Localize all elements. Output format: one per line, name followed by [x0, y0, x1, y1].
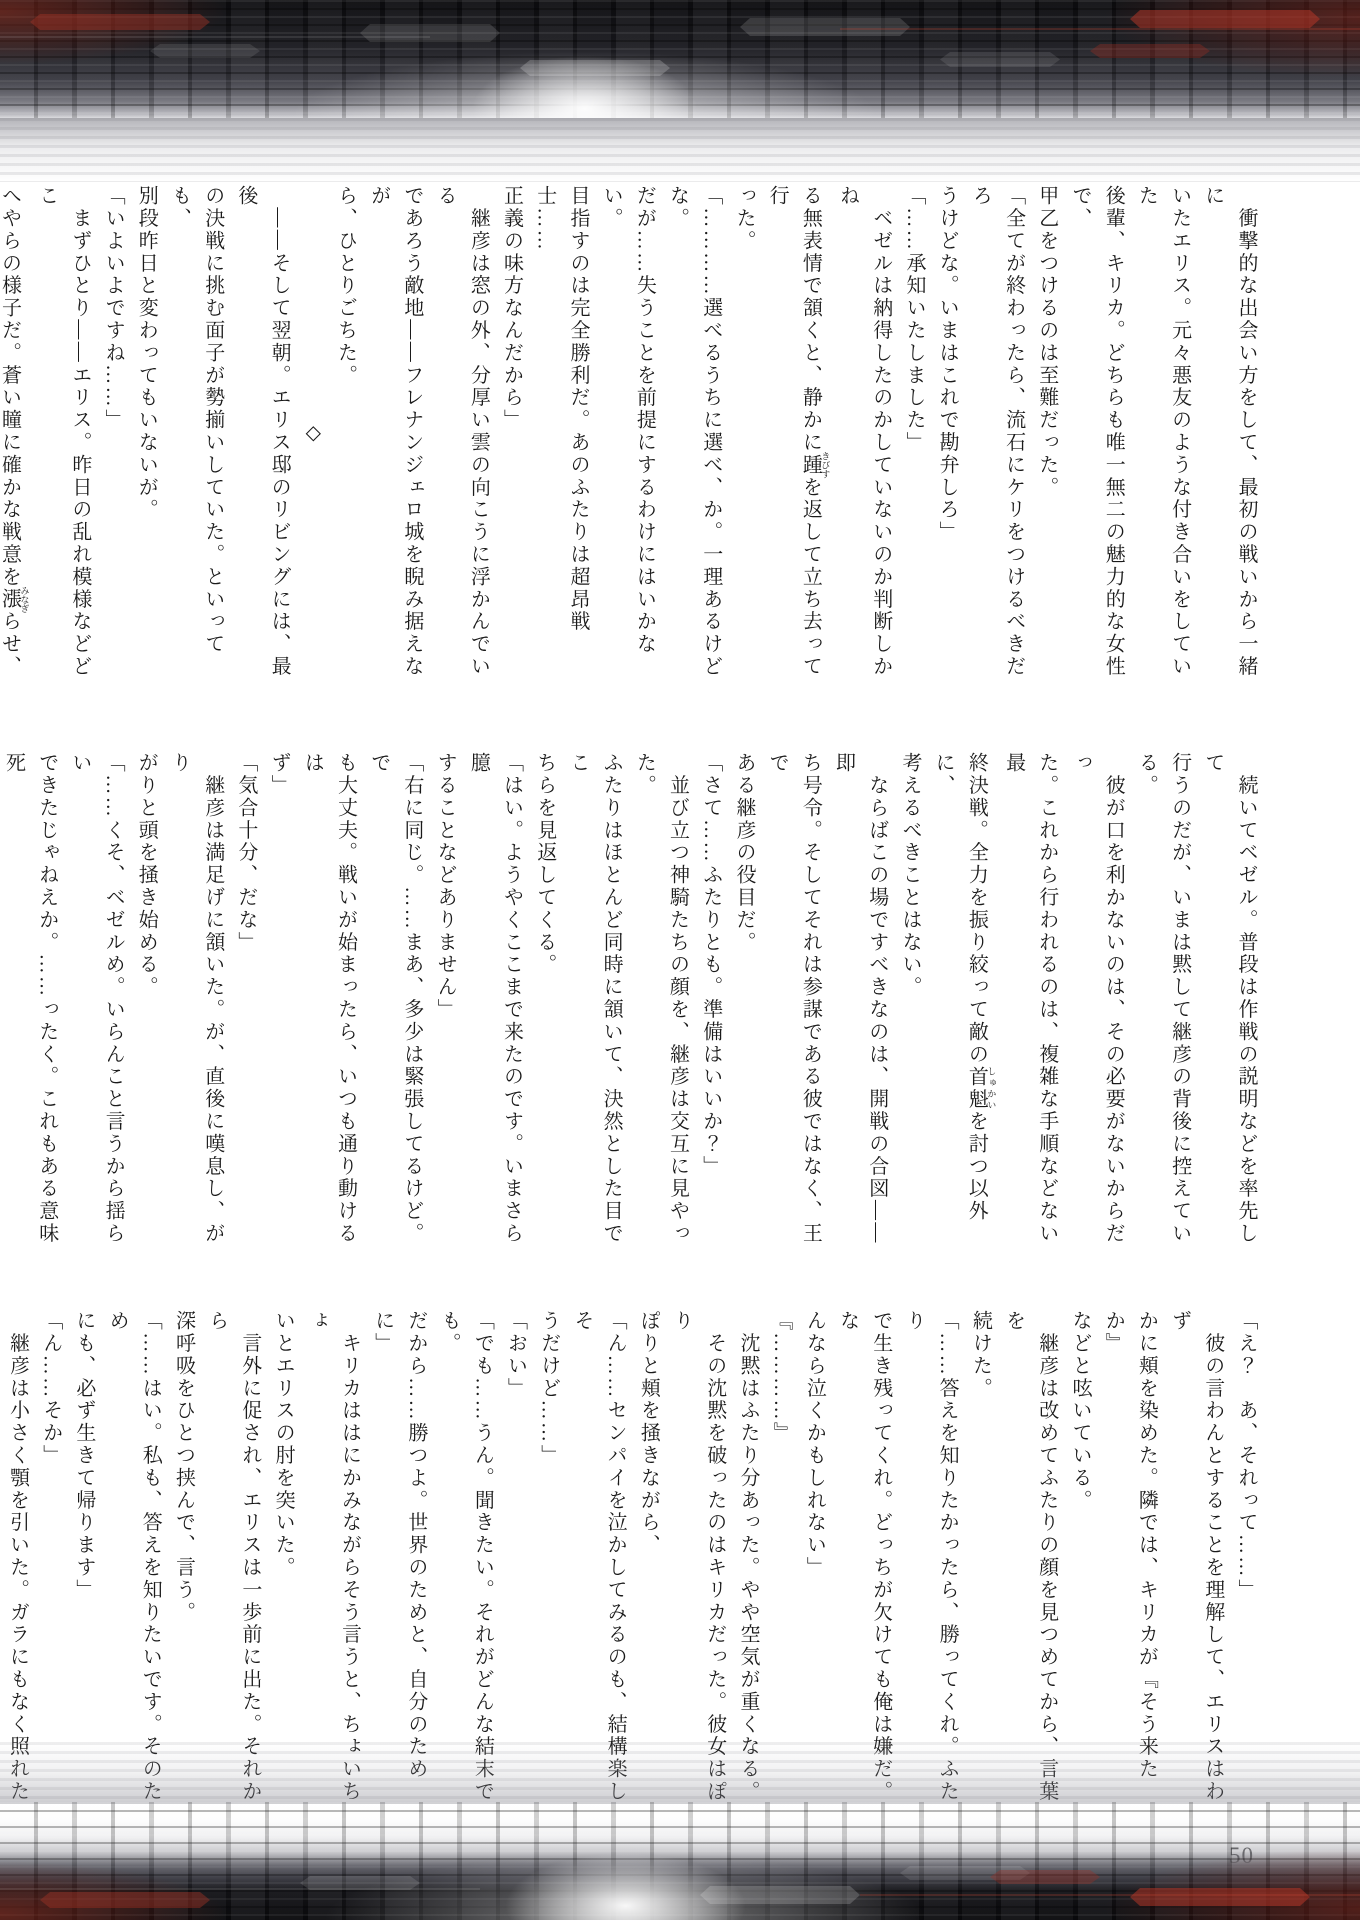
text-column: 「……承知いたしました」: [897, 185, 930, 681]
text-band-2: 続いてベゼル。普段は作戦の説明などを率先して行うのだが、いまは黙して継彦の背後に…: [133, 752, 1262, 1248]
text-column: た。これから行われるのは、複雑な手順などない最: [996, 752, 1062, 1248]
text-column: 正義の味方なんだから」: [494, 185, 527, 681]
text-column: 衝撃的な出会い方をして、最初の戦いから一緒に: [1196, 185, 1262, 681]
text-column: ず」: [262, 752, 295, 1248]
text-column: うだけど……」: [532, 1310, 565, 1806]
circuit-hexagon: [150, 44, 260, 58]
circuit-trace: [0, 1888, 480, 1890]
circuit-hexagon: [990, 1870, 1100, 1884]
text-column: 彼が口を利かないのは、その必要がないからだっ: [1063, 752, 1129, 1248]
text-column: にも、必ず生きて帰ります」: [67, 1310, 100, 1806]
text-column: 『…………』: [764, 1310, 797, 1806]
text-column: んなら泣くかもしれない」: [797, 1310, 830, 1806]
circuit-hexagon: [1130, 10, 1320, 28]
text-column: ——そして翌朝。エリス邸のリビングには、最後: [229, 185, 295, 681]
text-column: 「ん……そか」: [33, 1310, 66, 1806]
text-column: 「ん……センパイを泣かしてみるのも、結構楽しそ: [565, 1310, 631, 1806]
text-column: 継彦は窓の外、分厚い雲の向こうに浮かんでいる: [428, 185, 494, 681]
text-column: 後輩、キリカ。どちらも唯一無二の魅力的な女性で、: [1063, 185, 1129, 681]
text-column: がりと頭を掻き始める。: [129, 752, 162, 1248]
text-column: った。: [727, 185, 760, 681]
text-column: で生き残ってくれ。どっちが欠けても俺は嫌だ。な: [830, 1310, 896, 1806]
text-column: その沈黙を破ったのはキリカだった。彼女はぽり: [664, 1310, 730, 1806]
text-column: まずひとり——エリス。昨日の乱れ模様などどこ: [29, 185, 95, 681]
circuit-trace: [840, 28, 1360, 30]
text-column: 「右に同じ。……まあ、多少は緊張してるけど。で: [362, 752, 428, 1248]
text-column: も大丈夫。戦いが始まったら、いつも通り動けるは: [295, 752, 361, 1248]
text-column: 考えるべきことはない。: [893, 752, 926, 1248]
text-column: いとエリスの肘を突いた。: [266, 1310, 299, 1806]
text-column: だが……失うことを前提にするわけにはいかない。: [594, 185, 660, 681]
text-column: 「…………選べるうちに選べ、か。一理あるけどな。: [660, 185, 726, 681]
text-column: 「え？ あ、それって……」: [1229, 1310, 1262, 1806]
section-divider: ◇: [295, 185, 328, 681]
circuit-hexagon: [700, 1886, 860, 1904]
text-column: 続けた。: [963, 1310, 996, 1806]
circuit-hexagon: [740, 18, 910, 36]
text-column: 「気合十分、だな」: [229, 752, 262, 1248]
circuit-hexagon: [520, 60, 670, 76]
text-column: 「いよいよですね……」: [96, 185, 129, 681]
text-column: かに頬を染めた。隣では、キリカが『そう来たか』: [1096, 1310, 1162, 1806]
text-column: 「おい」: [498, 1310, 531, 1806]
text-column: 継彦は小さく顎を引いた。ガラにもなく照れたの: [0, 1310, 33, 1806]
text-column: だから……勝つよ。世界のためと、自分のために」: [366, 1310, 432, 1806]
text-column: うけどな。いまはこれで勘弁しろ」: [930, 185, 963, 681]
text-column: 彼の言わんとすることを理解して、エリスはわず: [1162, 1310, 1228, 1806]
text-column: の決戦に挑む面子が勢揃いしていた。といっても、: [162, 185, 228, 681]
text-column: ら、ひとりごちた。: [328, 185, 361, 681]
circuit-trace: [860, 1894, 1360, 1896]
text-column: ならばこの場ですべきなのは、開戦の合図——即: [826, 752, 892, 1248]
text-column: る無表情で頷くと、静かに踵きびすを返して立ち去って行: [760, 185, 830, 681]
text-column: 並び立つ神騎たちの顔を、継彦は交互に見やった。: [627, 752, 693, 1248]
bottom-border-decoration: [0, 1802, 1360, 1920]
text-column: であろう敵地——フレナンジェロ城を睨み据えなが: [362, 185, 428, 681]
text-column: ある継彦の役目だ。: [727, 752, 760, 1248]
text-column: 「はい。ようやくここまで来たのです。いまさら臆: [461, 752, 527, 1248]
top-border-fade: [0, 118, 1360, 182]
text-column: ベゼルは納得したのかしていないのか判断しかね: [830, 185, 896, 681]
text-column: いたエリス。元々悪友のような付き合いをしていた: [1129, 185, 1195, 681]
text-column: 「……くそ、ベゼルめ。いらんこと言うから揺らい: [63, 752, 129, 1248]
text-column: 甲乙をつけるのは至難だった。: [1030, 185, 1063, 681]
text-column: ふたりはほとんど同時に頷いて、決然とした目でこ: [561, 752, 627, 1248]
text-column: 「でも……うん。聞きたい。それがどんな結末でも。: [432, 1310, 498, 1806]
text-column: 継彦は満足げに頷いた。が、直後に嘆息し、がり: [162, 752, 228, 1248]
text-column: できたじゃねえか。……ったく。これもある意味死: [0, 752, 63, 1248]
text-column: ぽりと頬を掻きながら、: [631, 1310, 664, 1806]
text-column: 沈黙はふたり分あった。やや空気が重くなる。: [731, 1310, 764, 1806]
text-column: ちらを見返してくる。: [528, 752, 561, 1248]
top-border-decoration: [0, 0, 1360, 118]
novel-page: 衝撃的な出会い方をして、最初の戦いから一緒にいたエリス。元々悪友のような付き合い…: [0, 0, 1360, 1920]
text-column: 深呼吸をひとつ挟んで、言う。: [166, 1310, 199, 1806]
bottom-border-fade: [0, 1742, 1360, 1804]
text-column: 「全てが終わったら、流石にケリをつけるべきだろ: [963, 185, 1029, 681]
text-column: 続いてベゼル。普段は作戦の説明などを率先して: [1196, 752, 1262, 1248]
circuit-hexagon: [40, 1892, 210, 1908]
text-column: することなどありません」: [428, 752, 461, 1248]
text-column: などと呟いている。: [1063, 1310, 1096, 1806]
text-column: 目指すのは完全勝利だ。あのふたりは超昂戦士……: [528, 185, 594, 681]
text-column: 別段昨日と変わってもいないが。: [129, 185, 162, 681]
text-column: 終決戦。全力を振り絞って敵の首魁しゅかいを討つ以外に、: [926, 752, 996, 1248]
text-column: 「さて……ふたりとも。準備はいいか？」: [694, 752, 727, 1248]
text-column: ち号令。そしてそれは参謀である彼ではなく、王で: [760, 752, 826, 1248]
text-column: 「……答えを知りたかったら、勝ってくれ。ふたり: [897, 1310, 963, 1806]
text-band-3: 「え？ あ、それって……」 彼の言わんとすることを理解して、エリスはわずかに頬を…: [133, 1310, 1262, 1806]
text-band-1: 衝撃的な出会い方をして、最初の戦いから一緒にいたエリス。元々悪友のような付き合い…: [133, 185, 1262, 681]
circuit-hexagon: [1130, 1888, 1310, 1906]
text-column: 継彦は改めてふたりの顔を見つめてから、言葉を: [996, 1310, 1062, 1806]
circuit-hexagon: [360, 24, 500, 42]
circuit-hexagon: [30, 14, 210, 30]
text-column: 行うのだが、いまは黙して継彦の背後に控えている。: [1129, 752, 1195, 1248]
circuit-hexagon: [940, 52, 1060, 67]
circuit-hexagon: [1090, 44, 1210, 58]
text-column: へやらの様子だ。蒼い瞳に確かな戦意を漲みなぎらせ、凛: [0, 185, 29, 681]
text-column: 「……はい。私も、答えを知りたいです。そのため: [100, 1310, 166, 1806]
text-column: 言外に促され、エリスは一歩前に出た。それから: [200, 1310, 266, 1806]
text-column: キリカははにかみながらそう言うと、ちょいちょ: [299, 1310, 365, 1806]
circuit-trace: [0, 36, 430, 38]
